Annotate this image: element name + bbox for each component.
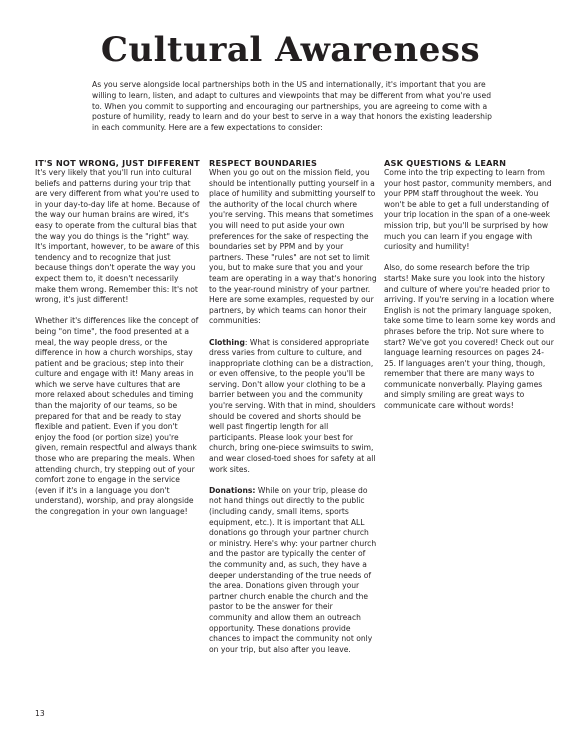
section-heading: ASK QUESTIONS & LEARN bbox=[384, 158, 556, 168]
section-heading: IT'S NOT WRONG, JUST DIFFERENT bbox=[35, 158, 200, 168]
section-paragraph: Come into the trip expecting to learn fr… bbox=[384, 168, 556, 253]
clothing-paragraph: Clothing: What is considered appropriate… bbox=[209, 338, 377, 476]
intro-paragraph: As you serve alongside local partnership… bbox=[92, 80, 492, 134]
clothing-label: Clothing bbox=[209, 338, 245, 347]
donations-paragraph: Donations: While on your trip, please do… bbox=[209, 486, 377, 656]
section-paragraph: Whether it's differences like the concep… bbox=[35, 316, 200, 517]
section-paragraph: When you go out on the mission field, yo… bbox=[209, 168, 377, 327]
page-number: 13 bbox=[35, 709, 45, 718]
section-ask-questions-learn: ASK QUESTIONS & LEARN Come into the trip… bbox=[384, 158, 556, 422]
clothing-text: : What is considered appropriate dress v… bbox=[209, 338, 376, 474]
donations-label: Donations: bbox=[209, 486, 255, 495]
section-paragraph: It's very likely that you'll run into cu… bbox=[35, 168, 200, 306]
section-heading: RESPECT BOUNDARIES bbox=[209, 158, 377, 168]
section-paragraph: Also, do some research before the trip s… bbox=[384, 263, 556, 411]
donations-text: While on your trip, please do not hand t… bbox=[209, 486, 376, 654]
page-title: Cultural Awareness bbox=[0, 30, 581, 70]
section-not-wrong-just-different: IT'S NOT WRONG, JUST DIFFERENT It's very… bbox=[35, 158, 200, 528]
section-respect-boundaries: RESPECT BOUNDARIES When you go out on th… bbox=[209, 158, 377, 666]
